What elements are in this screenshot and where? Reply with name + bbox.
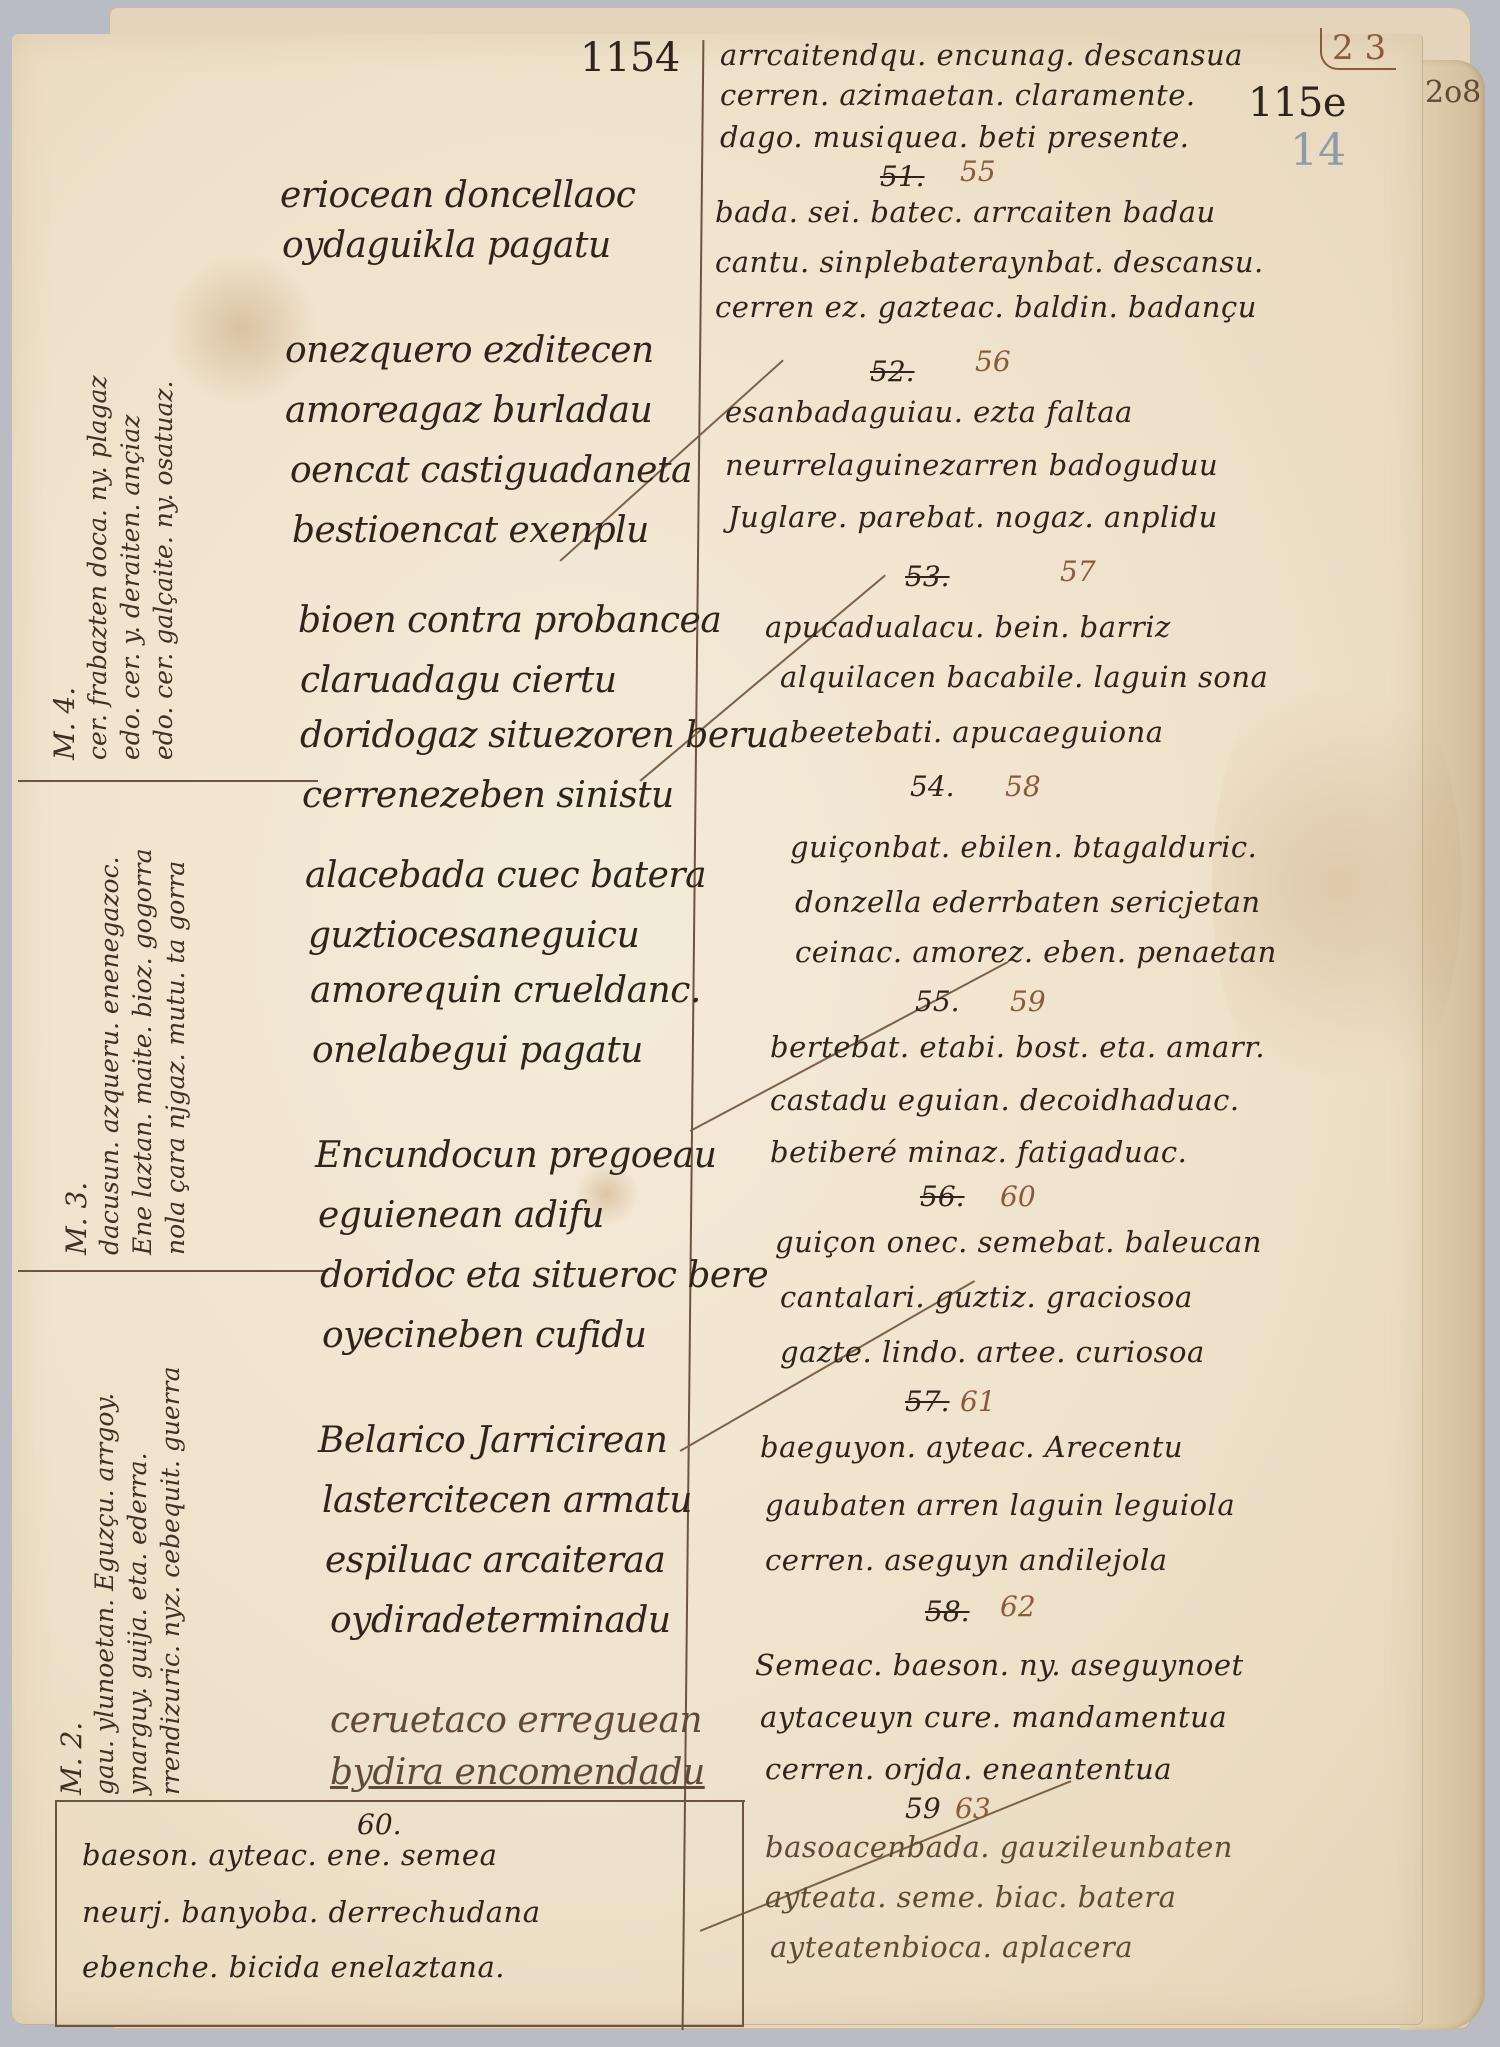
verse-line: amoreagaz burladau	[285, 390, 652, 431]
stanza-number: 58.	[925, 1595, 970, 1628]
verse-line: oencat castiguadaneta	[290, 450, 692, 491]
folio-number-left: 1154	[580, 35, 680, 81]
verse-line: amorequin crueldanc.	[310, 970, 701, 1011]
stanza-number: 59	[905, 1792, 941, 1825]
verse-line: Encundocun pregoeau	[315, 1135, 716, 1176]
margin-note-m2: M. 2. gau. ylunoetan. Eguzçu. arrgoy. yn…	[55, 1366, 187, 1795]
stanza-number: 57.	[905, 1385, 950, 1418]
stanza-number: 53.	[905, 560, 950, 593]
margin-note-line: edo. cer. y. deraiten. ançiaz	[114, 375, 147, 760]
verse-line: cerrenezeben sinistu	[302, 775, 674, 816]
stanza-number: 60.	[357, 1808, 402, 1841]
water-stain	[162, 254, 322, 404]
verse-line: ayteatenbioca. aplacera	[770, 1930, 1133, 1964]
verse-line: cerren. orjda. eneantentua	[765, 1752, 1172, 1786]
verse-line: guztiocesaneguicu	[308, 915, 639, 956]
verse-line: eguienean adifu	[318, 1195, 604, 1236]
verse-line: baeson. ayteac. ene. semea	[82, 1838, 497, 1872]
verse-line: bydira encomendadu	[330, 1752, 705, 1793]
stanza-alt-number: 61	[960, 1385, 996, 1418]
verse-line: doridoc eta situeroc bere	[320, 1255, 768, 1296]
margin-note-line: nola çara njgaz. mutu. ta gorra	[159, 849, 192, 1255]
verse-line: cerren. azimaetan. claramente.	[720, 78, 1196, 112]
margin-note-label: M. 4.	[48, 375, 81, 760]
stanza-alt-number: 60	[1000, 1180, 1036, 1213]
verse-line: baeguyon. ayteac. Arecentu	[760, 1430, 1183, 1464]
verse-line: beetebati. apucaeguiona	[790, 715, 1164, 749]
verse-line: guiçonbat. ebilen. btagalduric.	[790, 830, 1257, 864]
verse-line: onezquero ezditecen	[285, 330, 654, 371]
boxed-corner-number: 2 3	[1320, 28, 1396, 70]
verse-line: aytaceuyn cure. mandamentua	[760, 1700, 1227, 1734]
verse-line: neurj. banyoba. derrechudana	[82, 1895, 541, 1929]
margin-note-label: M. 3.	[60, 849, 93, 1255]
verse-line: cantu. sinplebateraynbat. descansu.	[715, 245, 1264, 279]
bottom-box-stanza: 60. baeson. ayteac. ene. semea neurj. ba…	[55, 1800, 744, 2027]
verse-line: gazte. lindo. artee. curiosoa	[780, 1335, 1205, 1369]
stanza-number: 52.	[870, 355, 915, 388]
stanza-alt-number: 56	[975, 345, 1011, 378]
verse-line: bioen contra probancea	[298, 600, 721, 641]
verse-line: guiçon onec. semebat. baleucan	[775, 1225, 1262, 1259]
verse-line: alacebada cuec batera	[305, 855, 706, 896]
verse-line: oydiradeterminadu	[330, 1600, 671, 1641]
verse-line: bestioencat exenplu	[292, 510, 649, 551]
stanza-number: 51.	[880, 160, 925, 193]
margin-note-line: gau. ylunoetan. Eguzçu. arrgoy.	[88, 1366, 121, 1795]
verse-line: esanbadaguiau. ezta faltaa	[725, 395, 1133, 429]
verse-line: bada. sei. batec. arrcaiten badau	[715, 195, 1216, 229]
edge-note: 2o8	[1425, 75, 1481, 110]
margin-note-line: rrendizuric. nyz. cebequit. guerra	[154, 1366, 187, 1795]
verse-line: bertebat. etabi. bost. eta. amarr.	[770, 1030, 1265, 1064]
verse-line: lastercitecen armatu	[322, 1480, 692, 1521]
verse-line: neurrelaguinezarren badoguduu	[725, 448, 1218, 482]
margin-note-label: M. 2.	[55, 1366, 88, 1795]
verse-line: cerren ez. gazteac. baldin. badançu	[715, 290, 1257, 324]
stanza-alt-number: 58	[1005, 770, 1041, 803]
verse-line: eriocean doncellaoc	[280, 175, 635, 216]
margin-note-line: Ene laztan. maite. bioz. gogorra	[126, 849, 159, 1255]
verse-line: castadu eguian. decoidhaduac.	[770, 1083, 1240, 1117]
verse-line: betiberé minaz. fatigaduac.	[770, 1135, 1187, 1169]
stanza-alt-number: 59	[1010, 985, 1046, 1018]
verse-line: cerren. aseguyn andilejola	[765, 1543, 1168, 1577]
verse-line: Semeac. baeson. ny. aseguynoet	[755, 1648, 1244, 1682]
margin-rule-1	[18, 780, 318, 782]
verse-line: Belarico Jarricirean	[318, 1420, 667, 1461]
stanza-number: 54.	[910, 770, 955, 803]
margin-note-line: dacusun. azqueru. enenegazoc.	[93, 849, 126, 1255]
margin-note-line: ynarguy. guija. eta. ederra.	[121, 1366, 154, 1795]
verse-line: doridogaz situezoren berua	[300, 715, 789, 756]
stanza-number: 56.	[920, 1180, 965, 1213]
verse-line: donzella ederrbaten sericjetan	[795, 885, 1261, 919]
verse-line: oyecineben cufidu	[322, 1315, 646, 1356]
verse-line: basoacenbada. gauzileunbaten	[765, 1830, 1233, 1864]
verse-line: gaubaten arren laguin leguiola	[765, 1488, 1235, 1522]
verse-line: onelabegui pagatu	[312, 1030, 643, 1071]
verse-line: cantalari. guztiz. graciosoa	[780, 1280, 1193, 1314]
margin-note-line: edo. cer. galçaite. ny. osatuaz.	[147, 375, 180, 760]
verse-line: claruadagu ciertu	[300, 660, 617, 701]
verse-line: Juglare. parebat. nogaz. anplidu	[728, 500, 1218, 534]
stanza-alt-number: 57	[1060, 555, 1096, 588]
stanza-alt-number: 62	[1000, 1590, 1036, 1623]
stanza-number: 55.	[915, 985, 960, 1018]
verse-line: arrcaitendqu. encunag. descansua	[720, 38, 1243, 72]
folio-number-right: 115e	[1248, 80, 1346, 126]
pencil-page-number: 14	[1290, 125, 1346, 176]
verse-line: apucadualacu. bein. barriz	[765, 610, 1171, 644]
margin-note-line: cer. frabazten doca. ny. plagaz	[81, 375, 114, 760]
verse-line: alquilacen bacabile. laguin sona	[780, 660, 1268, 694]
margin-note-m4: M. 4. cer. frabazten doca. ny. plagaz ed…	[48, 375, 180, 760]
verse-line: espiluac arcaiteraa	[325, 1540, 665, 1581]
verse-line: dago. musiquea. beti presente.	[720, 120, 1189, 154]
margin-rule-2	[18, 1270, 328, 1272]
stanza-alt-number: 63	[955, 1792, 991, 1825]
stanza-alt-number: 55	[960, 155, 996, 188]
verse-line: oydaguikla pagatu	[282, 225, 611, 266]
margin-note-m3: M. 3. dacusun. azqueru. enenegazoc. Ene …	[60, 849, 192, 1255]
verse-line: ebenche. bicida enelaztana.	[82, 1950, 505, 1984]
box-top-rule	[55, 1800, 745, 1802]
verse-line: ayteata. seme. biac. batera	[765, 1880, 1176, 1914]
verse-line: ceinac. amorez. eben. penaetan	[795, 935, 1277, 969]
verse-line: ceruetaco erreguean	[330, 1700, 702, 1741]
